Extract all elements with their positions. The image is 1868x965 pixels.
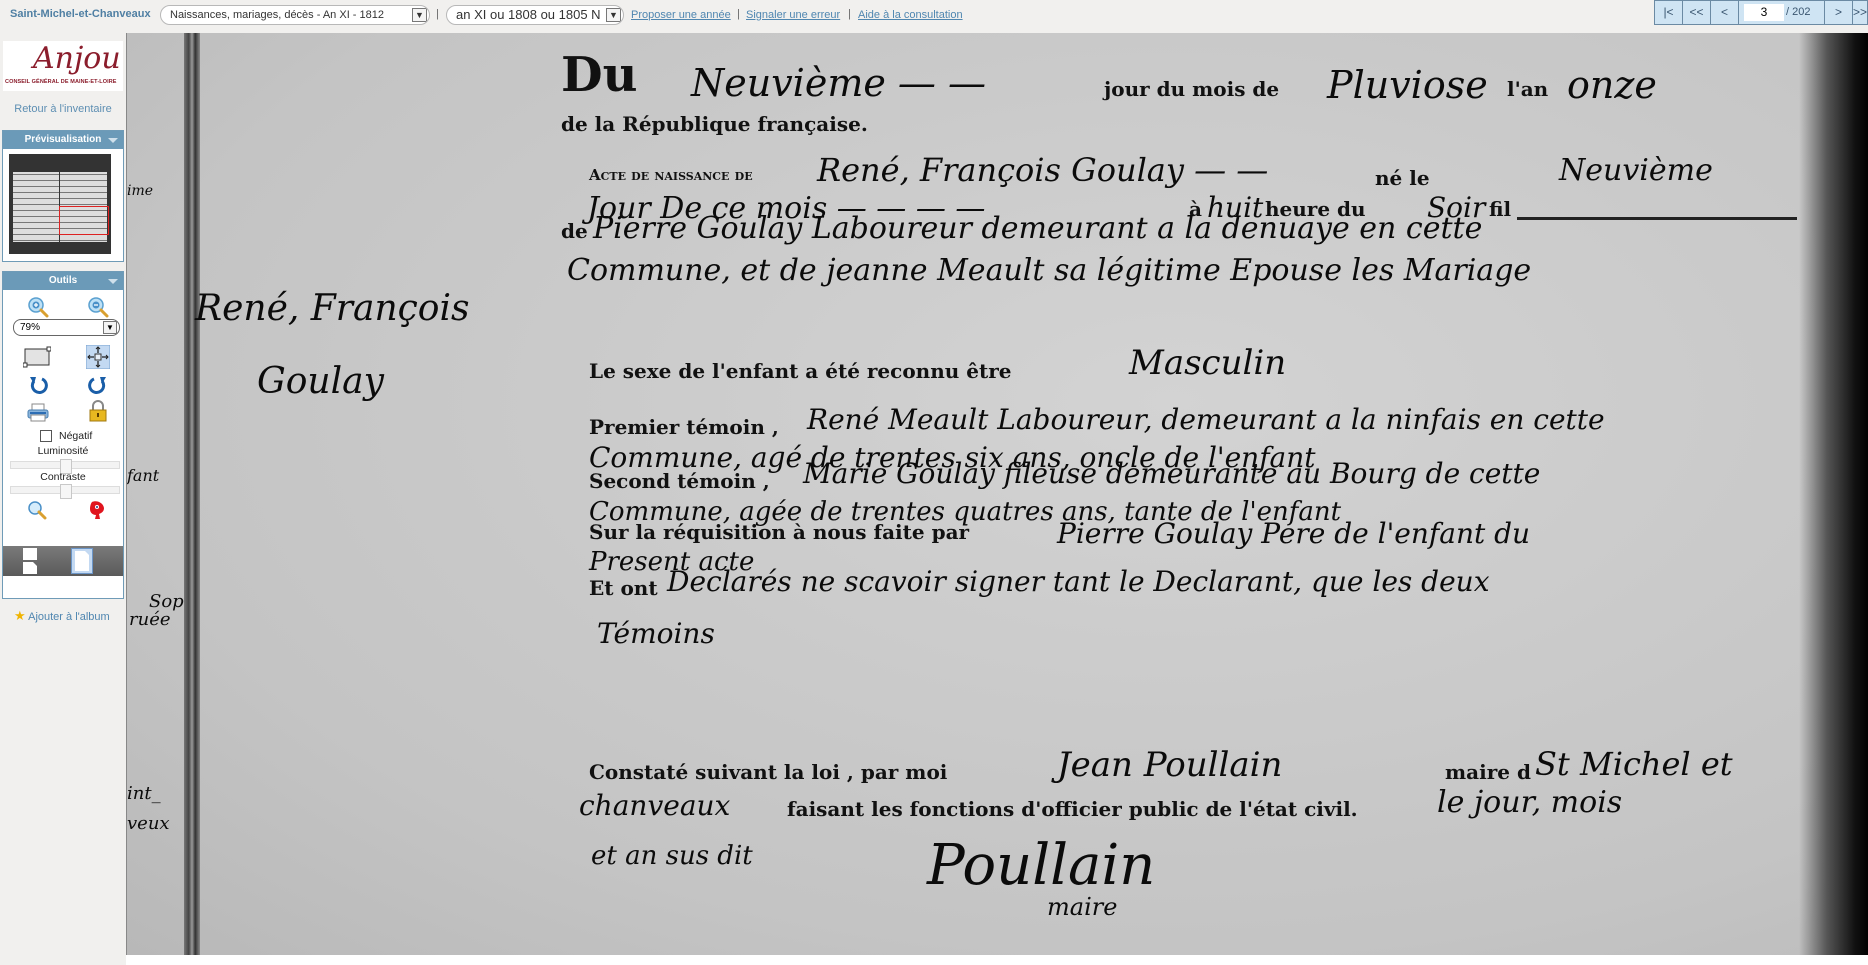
previous-page-button[interactable]: < bbox=[1711, 1, 1739, 24]
negative-checkbox[interactable] bbox=[40, 430, 52, 442]
separator: | bbox=[848, 8, 851, 20]
double-page-view-icon[interactable] bbox=[23, 548, 37, 574]
handwritten-text: Neuvième — — bbox=[691, 61, 986, 105]
rotate-right-icon[interactable] bbox=[88, 375, 108, 395]
first-page-button[interactable]: |< bbox=[1655, 1, 1683, 24]
handwritten-text: Masculin bbox=[1129, 343, 1286, 383]
contrast-slider-handle[interactable] bbox=[60, 484, 72, 499]
printed-text: faisant les fonctions d'officier public … bbox=[787, 797, 1358, 821]
printed-text: Constaté suivant la loi , par moi bbox=[589, 760, 947, 784]
negative-label: Négatif bbox=[59, 430, 92, 442]
collapse-icon[interactable] bbox=[108, 279, 118, 284]
single-page-view-icon[interactable] bbox=[71, 548, 93, 574]
printed-text: de bbox=[561, 219, 588, 243]
lock-icon[interactable] bbox=[89, 400, 107, 422]
logo-subtitle: CONSEIL GÉNÉRAL DE MAINE-ET-LOIRE bbox=[5, 79, 117, 85]
handwritten-text: et an sus dit bbox=[591, 841, 753, 871]
separator: | bbox=[737, 8, 740, 20]
next-page-button[interactable]: > bbox=[1825, 1, 1853, 24]
page-gutter bbox=[184, 33, 200, 955]
contrast-label: Contraste bbox=[3, 471, 123, 483]
handwritten-text: Jean Poullain bbox=[1057, 745, 1282, 785]
page-number-input[interactable]: 3 bbox=[1744, 4, 1784, 21]
margin-fragment: ruée bbox=[129, 609, 171, 630]
star-icon: ★ bbox=[14, 608, 26, 623]
series-select-value: Naissances, mariages, décès - An XI - 18… bbox=[170, 9, 384, 21]
handwritten-text: Commune, et de jeanne Meault sa légitime… bbox=[567, 253, 1531, 288]
margin-fragment: veux bbox=[127, 813, 170, 834]
series-select[interactable]: Naissances, mariages, décès - An XI - 18… bbox=[160, 5, 430, 25]
tools-panel: Outils 79% ▼ bbox=[2, 271, 124, 599]
margin-note-name: René, François bbox=[195, 288, 469, 329]
fit-to-screen-icon[interactable] bbox=[86, 345, 110, 369]
chevron-down-icon[interactable]: ▼ bbox=[606, 8, 621, 22]
handwritten-text: Pierre Goulay Pere de l'enfant du bbox=[1057, 517, 1530, 550]
handwritten-text: Témoins bbox=[597, 617, 715, 650]
handwritten-text: Declarés ne scavoir signer tant le Decla… bbox=[667, 565, 1490, 598]
printed-text: Le sexe de l'enfant a été reconnu être bbox=[589, 359, 1011, 383]
page-total: / 202 bbox=[1784, 1, 1825, 24]
report-error-link[interactable]: Signaler une erreur bbox=[746, 9, 840, 21]
collapse-icon[interactable] bbox=[108, 138, 118, 143]
printed-text: Premier témoin , bbox=[589, 415, 779, 439]
add-to-album-label: Ajouter à l'album bbox=[28, 611, 110, 623]
handwritten-text: Neuvième bbox=[1559, 153, 1713, 188]
print-icon[interactable] bbox=[27, 403, 49, 423]
chevron-down-icon[interactable]: ▼ bbox=[103, 321, 117, 334]
view-mode-bar bbox=[3, 546, 123, 576]
printed-text: Acte de naissance de bbox=[589, 166, 753, 184]
propose-year-link[interactable]: Proposer une année bbox=[631, 9, 731, 21]
margin-fragment: int_ bbox=[127, 783, 161, 804]
margin-note-surname: Goulay bbox=[257, 361, 384, 402]
printed-text: Et ont bbox=[589, 576, 658, 600]
printed-text: Du bbox=[561, 47, 638, 103]
site-title[interactable]: Saint-Michel-et-Chanveaux bbox=[10, 8, 151, 20]
page-thumbnail[interactable] bbox=[9, 154, 111, 254]
mayor-signature: Poullain bbox=[927, 833, 1155, 898]
printed-text: l'an bbox=[1507, 77, 1548, 101]
printed-text: né le bbox=[1375, 166, 1430, 190]
back-many-button[interactable]: << bbox=[1683, 1, 1711, 24]
separator: | bbox=[436, 8, 439, 20]
printed-text: de la République française. bbox=[561, 112, 868, 136]
handwritten-text: Pierre Goulay Laboureur demeurant a la d… bbox=[593, 211, 1482, 246]
chevron-down-icon[interactable]: ▼ bbox=[412, 8, 427, 22]
printed-text: maire d bbox=[1445, 760, 1531, 784]
sidebar: Anjou CONSEIL GÉNÉRAL DE MAINE-ET-LOIRE … bbox=[0, 33, 126, 965]
printed-text: Sur la réquisition à nous faite par bbox=[589, 520, 969, 544]
brightness-slider[interactable] bbox=[10, 461, 120, 469]
top-bar: Saint-Michel-et-Chanveaux Naissances, ma… bbox=[0, 0, 1868, 33]
zoom-level-select[interactable]: 79% ▼ bbox=[13, 319, 120, 336]
help-link[interactable]: Aide à la consultation bbox=[858, 9, 963, 21]
select-area-icon[interactable] bbox=[23, 346, 51, 368]
brightness-label: Luminosité bbox=[3, 445, 123, 457]
back-to-inventory-link[interactable]: Retour à l'inventaire bbox=[0, 103, 126, 115]
handwritten-text: Marie Goulay fileuse demeurante au Bourg… bbox=[803, 457, 1540, 490]
tools-title: Outils bbox=[49, 275, 77, 286]
handwritten-text: René Meault Laboureur, demeurant a la ni… bbox=[807, 403, 1605, 436]
logo: Anjou CONSEIL GÉNÉRAL DE MAINE-ET-LOIRE bbox=[3, 41, 123, 91]
zoom-in-icon[interactable] bbox=[27, 296, 49, 318]
printed-text: fil bbox=[1489, 197, 1511, 221]
printed-text: jour du mois de bbox=[1104, 77, 1279, 101]
preview-panel-header[interactable]: Prévisualisation bbox=[3, 131, 123, 149]
add-to-album-link[interactable]: ★ Ajouter à l'album bbox=[14, 608, 110, 624]
tools-panel-header[interactable]: Outils bbox=[3, 272, 123, 290]
magnifier-icon[interactable] bbox=[27, 500, 47, 520]
handwritten-text: chanveaux bbox=[579, 789, 730, 822]
handwritten-text: René, François Goulay — — bbox=[817, 151, 1268, 189]
pagination: |< << < 3 / 202 > >> bbox=[1654, 0, 1868, 25]
year-select-value: an XI ou 1808 ou 1805 N bbox=[456, 7, 601, 22]
viewer-bottom-margin bbox=[126, 955, 1868, 965]
zoom-level-value: 79% bbox=[20, 322, 40, 333]
handwritten-text: Pluviose bbox=[1327, 63, 1488, 107]
margin-fragment: fant bbox=[127, 466, 159, 485]
year-select[interactable]: an XI ou 1808 ou 1805 N ▼ bbox=[446, 5, 624, 25]
mayor-title: maire bbox=[1047, 893, 1117, 921]
line-filler bbox=[1517, 217, 1797, 220]
viewport-indicator[interactable] bbox=[59, 206, 109, 235]
marianne-icon[interactable] bbox=[89, 500, 105, 520]
margin-fragment: ime bbox=[127, 183, 153, 199]
document-image[interactable]: ime fant Sop ruée int_ veux René, Franço… bbox=[126, 33, 1868, 955]
handwritten-text: le jour, mois bbox=[1437, 785, 1622, 820]
contrast-slider[interactable] bbox=[10, 486, 120, 494]
zoom-out-icon[interactable] bbox=[87, 296, 109, 318]
book-binding bbox=[1799, 33, 1868, 955]
forward-many-button[interactable]: >> bbox=[1853, 1, 1867, 24]
logo-text: Anjou bbox=[33, 41, 121, 76]
preview-title: Prévisualisation bbox=[25, 134, 102, 145]
preview-panel: Prévisualisation bbox=[2, 130, 124, 262]
rotate-left-icon[interactable] bbox=[28, 375, 48, 395]
handwritten-text: onze bbox=[1567, 63, 1657, 107]
printed-text: Second témoin , bbox=[589, 469, 770, 493]
handwritten-text: St Michel et bbox=[1535, 745, 1733, 783]
